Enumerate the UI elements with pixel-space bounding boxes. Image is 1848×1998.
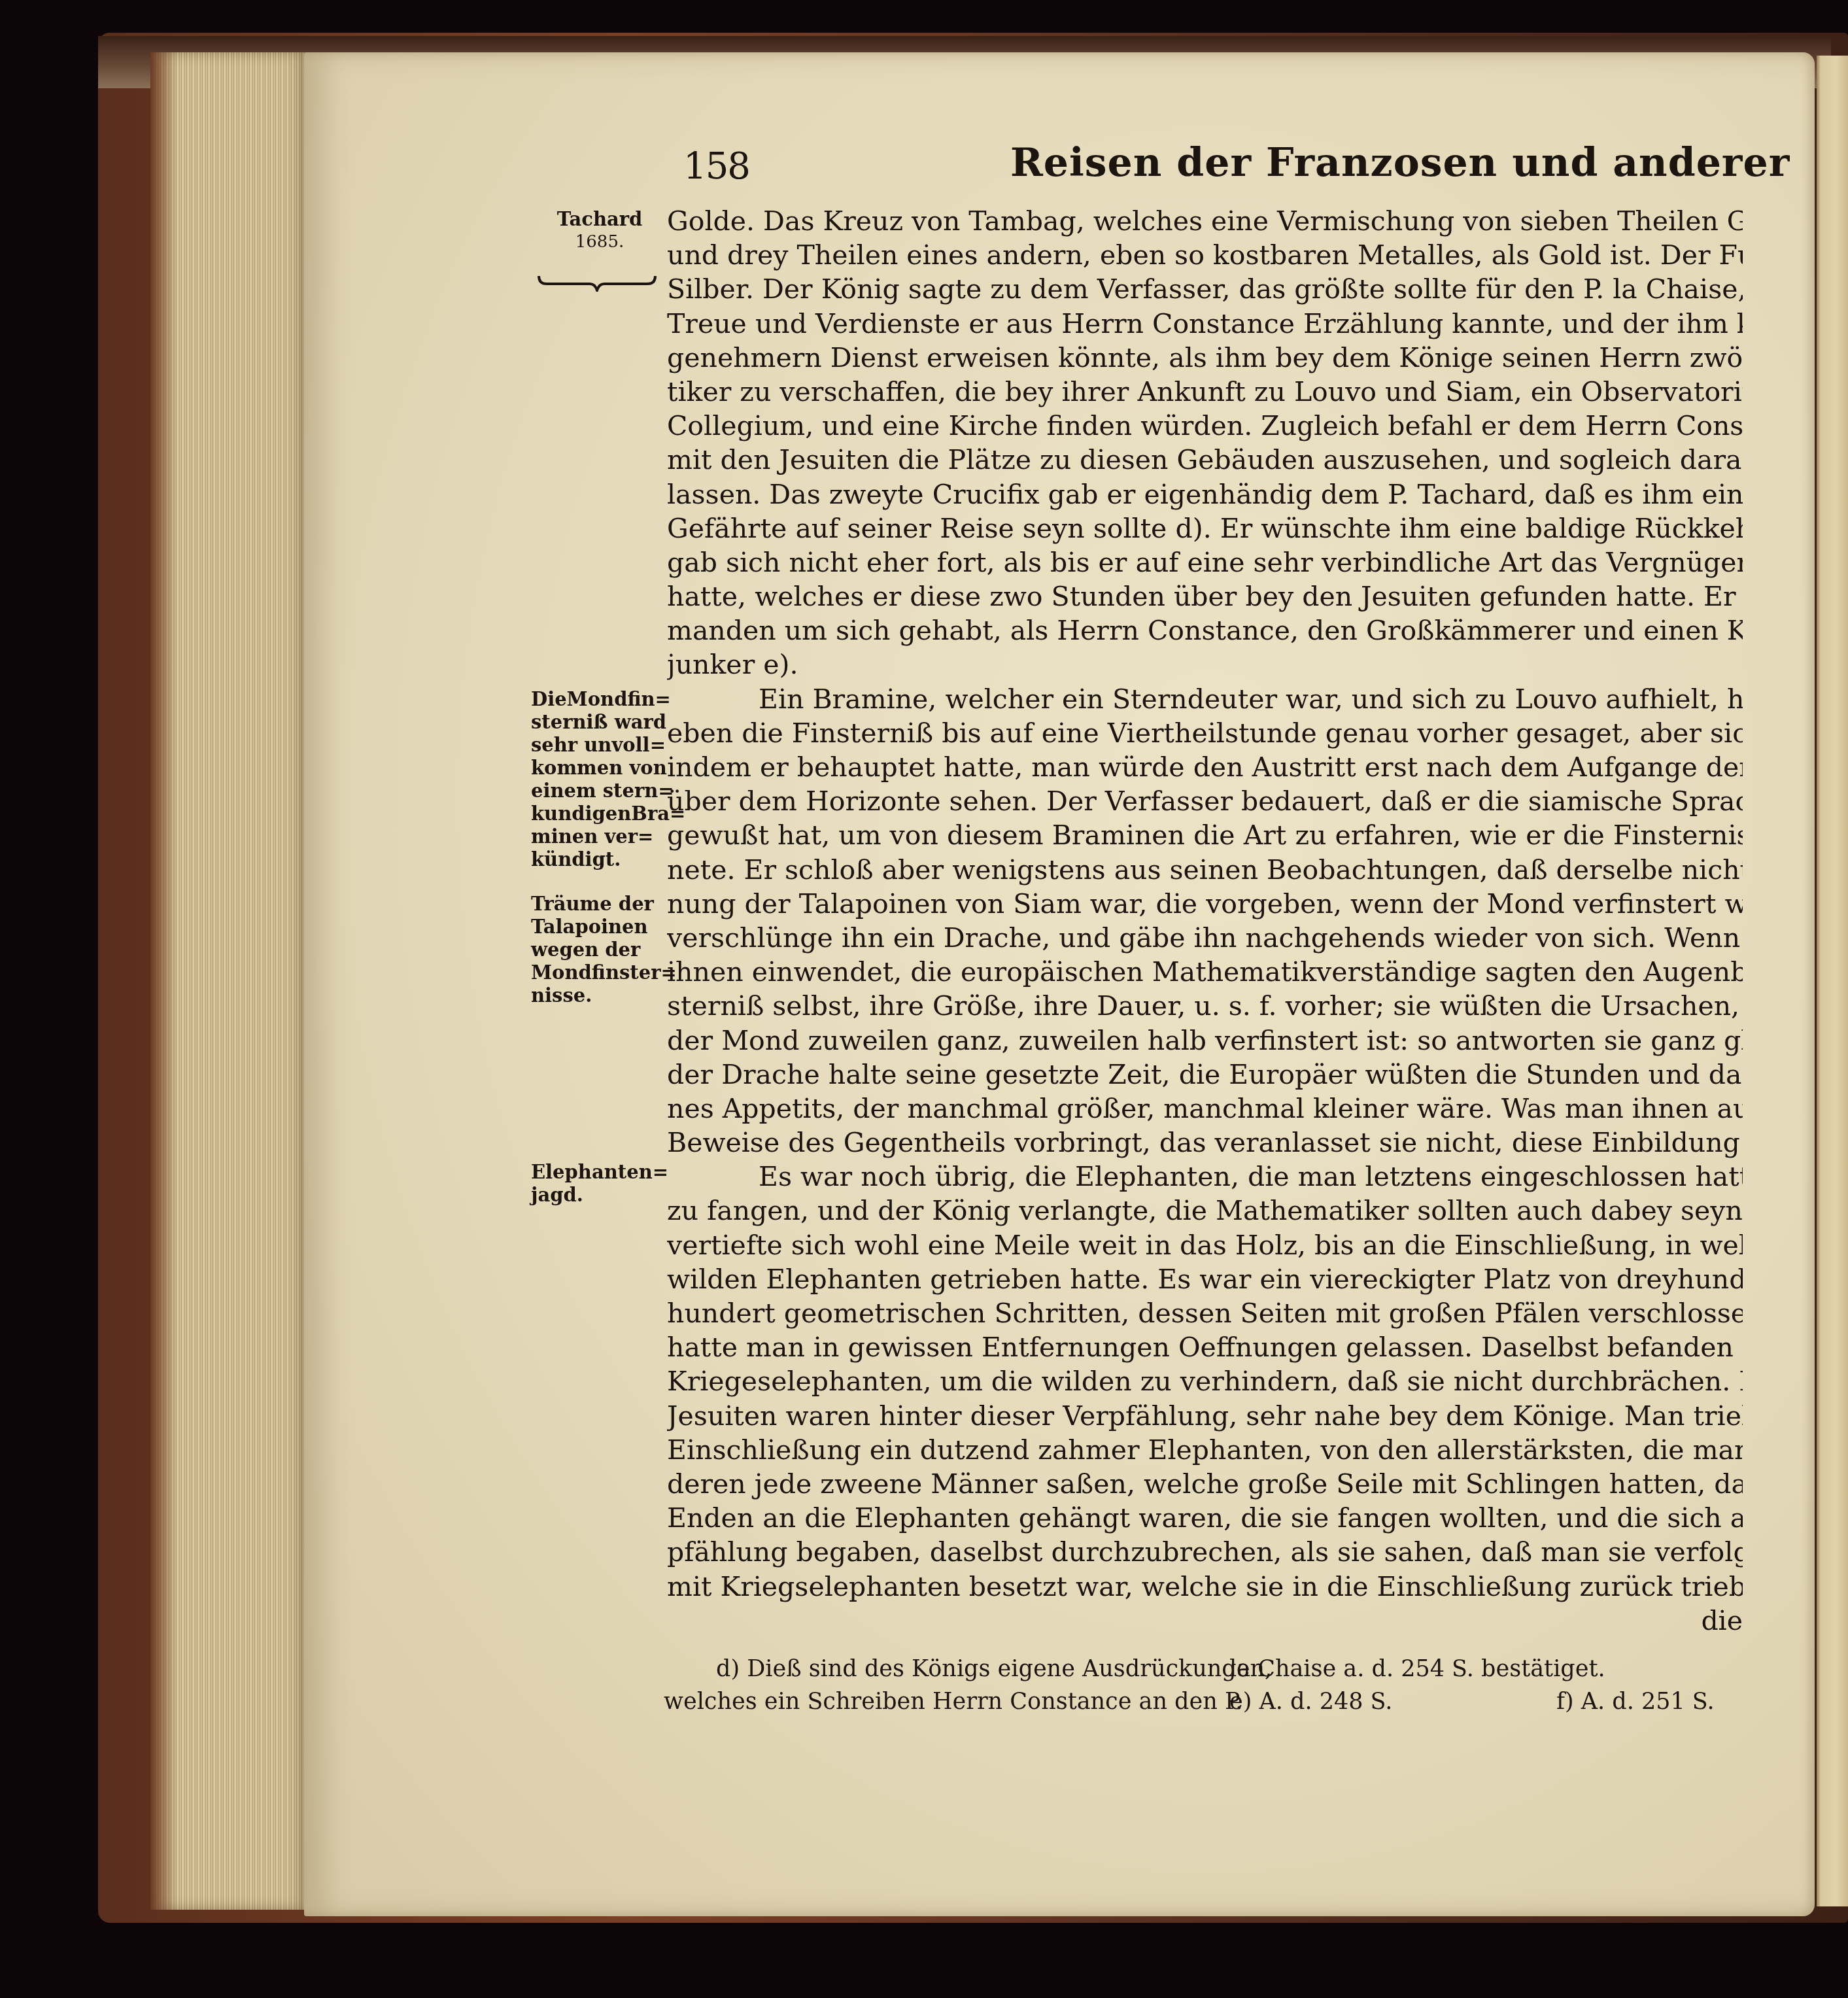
text-line: verschlünge ihn ein Drache, und gäbe ihn… [667,921,1743,955]
margin-note-line: Träume der [531,893,668,916]
margin-note-line: Tachard [531,208,668,231]
margin-note-line: kundigenBra= [531,802,668,825]
text-line: deren jede zweene Männer saßen, welche g… [667,1467,1743,1501]
text-line: zu fangen, und der König verlangte, die … [667,1194,1743,1228]
footnote-f: f) A. d. 251 S. [1556,1685,1715,1718]
text-line: hatte, welches er diese zwo Stunden über… [667,579,1743,613]
margin-note-line: kündigt. [531,848,668,871]
text-line: hundert geometrischen Schritten, dessen … [667,1296,1743,1330]
text-line: nes Appetits, der manchmal größer, manch… [667,1092,1743,1126]
text-line: Beweise des Gegentheils vorbringt, das v… [667,1126,1743,1160]
margin-note-traeume: Träume der Talapoinen wegen der Mondfins… [531,893,668,1007]
margin-note-mondfinsterniss: DieMondfin= sterniß ward sehr unvoll= ko… [531,688,668,871]
margin-note-tachard: Tachard 1685. [531,208,668,254]
catchword: die [667,1604,1743,1638]
margin-note-line: jagd. [531,1184,668,1207]
page-edges-stack [150,52,307,1910]
margin-note-line: Mondfinster= [531,961,668,984]
margin-note-elephantenjagd: Elephanten= jagd. [531,1161,668,1207]
text-line: Silber. Der König sagte zu dem Verfasser… [667,272,1743,306]
footnote-d-part1: d) Dieß sind des Königs eigene Ausdrücku… [716,1653,1229,1685]
text-line: pfählung begaben, daselbst durchzubreche… [667,1535,1743,1569]
footnote-e: e) A. d. 248 S. [1229,1685,1556,1718]
text-line: Golde. Das Kreuz von Tambag, welches ein… [667,204,1743,238]
margin-note-line: nisse. [531,984,668,1007]
text-line: Treue und Verdienste er aus Herrn Consta… [667,307,1743,341]
margin-note-line: 1685. [531,231,668,254]
facing-page-edge [1817,56,1848,1906]
margin-note-line: Elephanten= [531,1161,668,1184]
text-line: mit Kriegselephanten besetzt war, welche… [667,1570,1743,1604]
footnote-d-part2: la Chaise a. d. 254 S. bestätiget. [1229,1653,1560,1685]
text-line: wilden Elephanten getrieben hatte. Es wa… [667,1262,1743,1296]
margin-note-line: minen ver= [531,825,668,848]
margin-note-line: DieMondfin= [531,688,668,711]
text-line: nete. Er schloß aber wenigstens aus sein… [667,853,1743,887]
paragraph-start-line: Es war noch übrig, die Elephanten, die m… [667,1160,1743,1194]
text-line: genehmern Dienst erweisen könnte, als ih… [667,341,1743,375]
page-number: 158 [683,145,749,188]
text-line: ihnen einwendet, die europäischen Mathem… [667,955,1743,989]
footnote-row: welches ein Schreiben Herrn Constance an… [664,1685,1749,1718]
text-line: Collegium, und eine Kirche finden würden… [667,409,1743,443]
text-line: gewußt hat, um von diesem Braminen die A… [667,818,1743,852]
margin-note-line: kommen von [531,757,668,780]
brace-icon [538,275,657,292]
text-line: Jesuiten waren hinter dieser Verpfählung… [667,1399,1743,1433]
running-head: Reisen der Franzosen und anderer [1010,140,1790,186]
text-line: mit den Jesuiten die Plätze zu diesen Ge… [667,443,1743,477]
margin-note-line: sterniß ward [531,711,668,734]
paragraph-start-line: Ein Bramine, welcher ein Sterndeuter war… [667,682,1743,716]
margin-note-line: einem stern= [531,780,668,802]
margin-note-line: wegen der [531,939,668,961]
text-line: Enden an die Elephanten gehängt waren, d… [667,1501,1743,1535]
text-line: lassen. Das zweyte Crucifix gab er eigen… [667,477,1743,511]
footnote-d-part3: welches ein Schreiben Herrn Constance an… [664,1685,1229,1718]
margin-note-line: Talapoinen [531,916,668,939]
text-line: Einschließung ein dutzend zahmer Elephan… [667,1433,1743,1467]
text-line: und drey Theilen eines andern, eben so k… [667,238,1743,272]
text-line: der Mond zuweilen ganz, zuweilen halb ve… [667,1024,1743,1058]
body-text: Golde. Das Kreuz von Tambag, welches ein… [667,204,1743,1638]
text-line: hatte man in gewissen Entfernungen Oeffn… [667,1330,1743,1364]
footnotes: d) Dieß sind des Königs eigene Ausdrücku… [716,1653,1749,1718]
text-line: tiker zu verschaffen, die bey ihrer Anku… [667,375,1743,409]
text-line: der Drache halte seine gesetzte Zeit, di… [667,1058,1743,1092]
text-line: Kriegeselephanten, um die wilden zu verh… [667,1364,1743,1398]
footnote-row: d) Dieß sind des Königs eigene Ausdrücku… [716,1653,1749,1685]
text-line: manden um sich gehabt, als Herrn Constan… [667,613,1743,647]
text-line: vertiefte sich wohl eine Meile weit in d… [667,1228,1743,1262]
text-line: Gefährte auf seiner Reise seyn sollte d)… [667,511,1743,545]
margin-note-line: sehr unvoll= [531,734,668,757]
text-line: gab sich nicht eher fort, als bis er auf… [667,545,1743,579]
text-line: sterniß selbst, ihre Größe, ihre Dauer, … [667,989,1743,1023]
text-line: indem er behauptet hatte, man würde den … [667,750,1743,784]
text-line: über dem Horizonte sehen. Der Verfasser … [667,784,1743,818]
text-line: junker e). [667,647,1743,681]
text-line: eben die Finsterniß bis auf eine Vierthe… [667,716,1743,750]
text-line: nung der Talapoinen von Siam war, die vo… [667,887,1743,921]
